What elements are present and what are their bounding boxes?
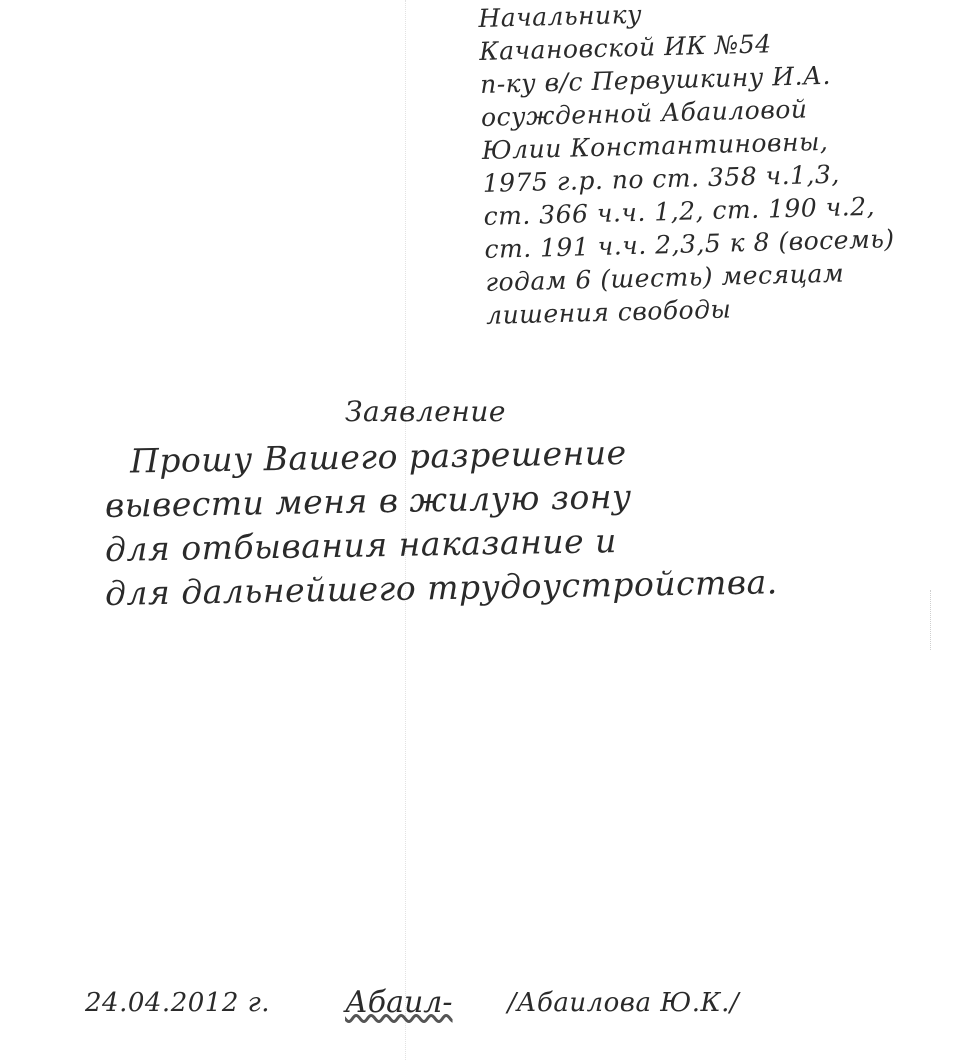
- scan-artifact: [930, 590, 931, 650]
- document-date: 24.04.2012 г.: [85, 988, 270, 1018]
- application-body: Прошу Вашего разрешение вывести меня в ж…: [105, 440, 778, 616]
- addressee-block: Начальнику Качановской ИК №54 п-ку в/с П…: [478, 0, 897, 332]
- signature-block: 24.04.2012 г. Абаил- /Абаилова Ю.К./: [85, 985, 945, 1020]
- signature-name-decode: /Абаилова Ю.К./: [508, 988, 740, 1018]
- document-title: Заявление: [345, 395, 506, 428]
- handwritten-signature: Абаил-: [345, 985, 452, 1020]
